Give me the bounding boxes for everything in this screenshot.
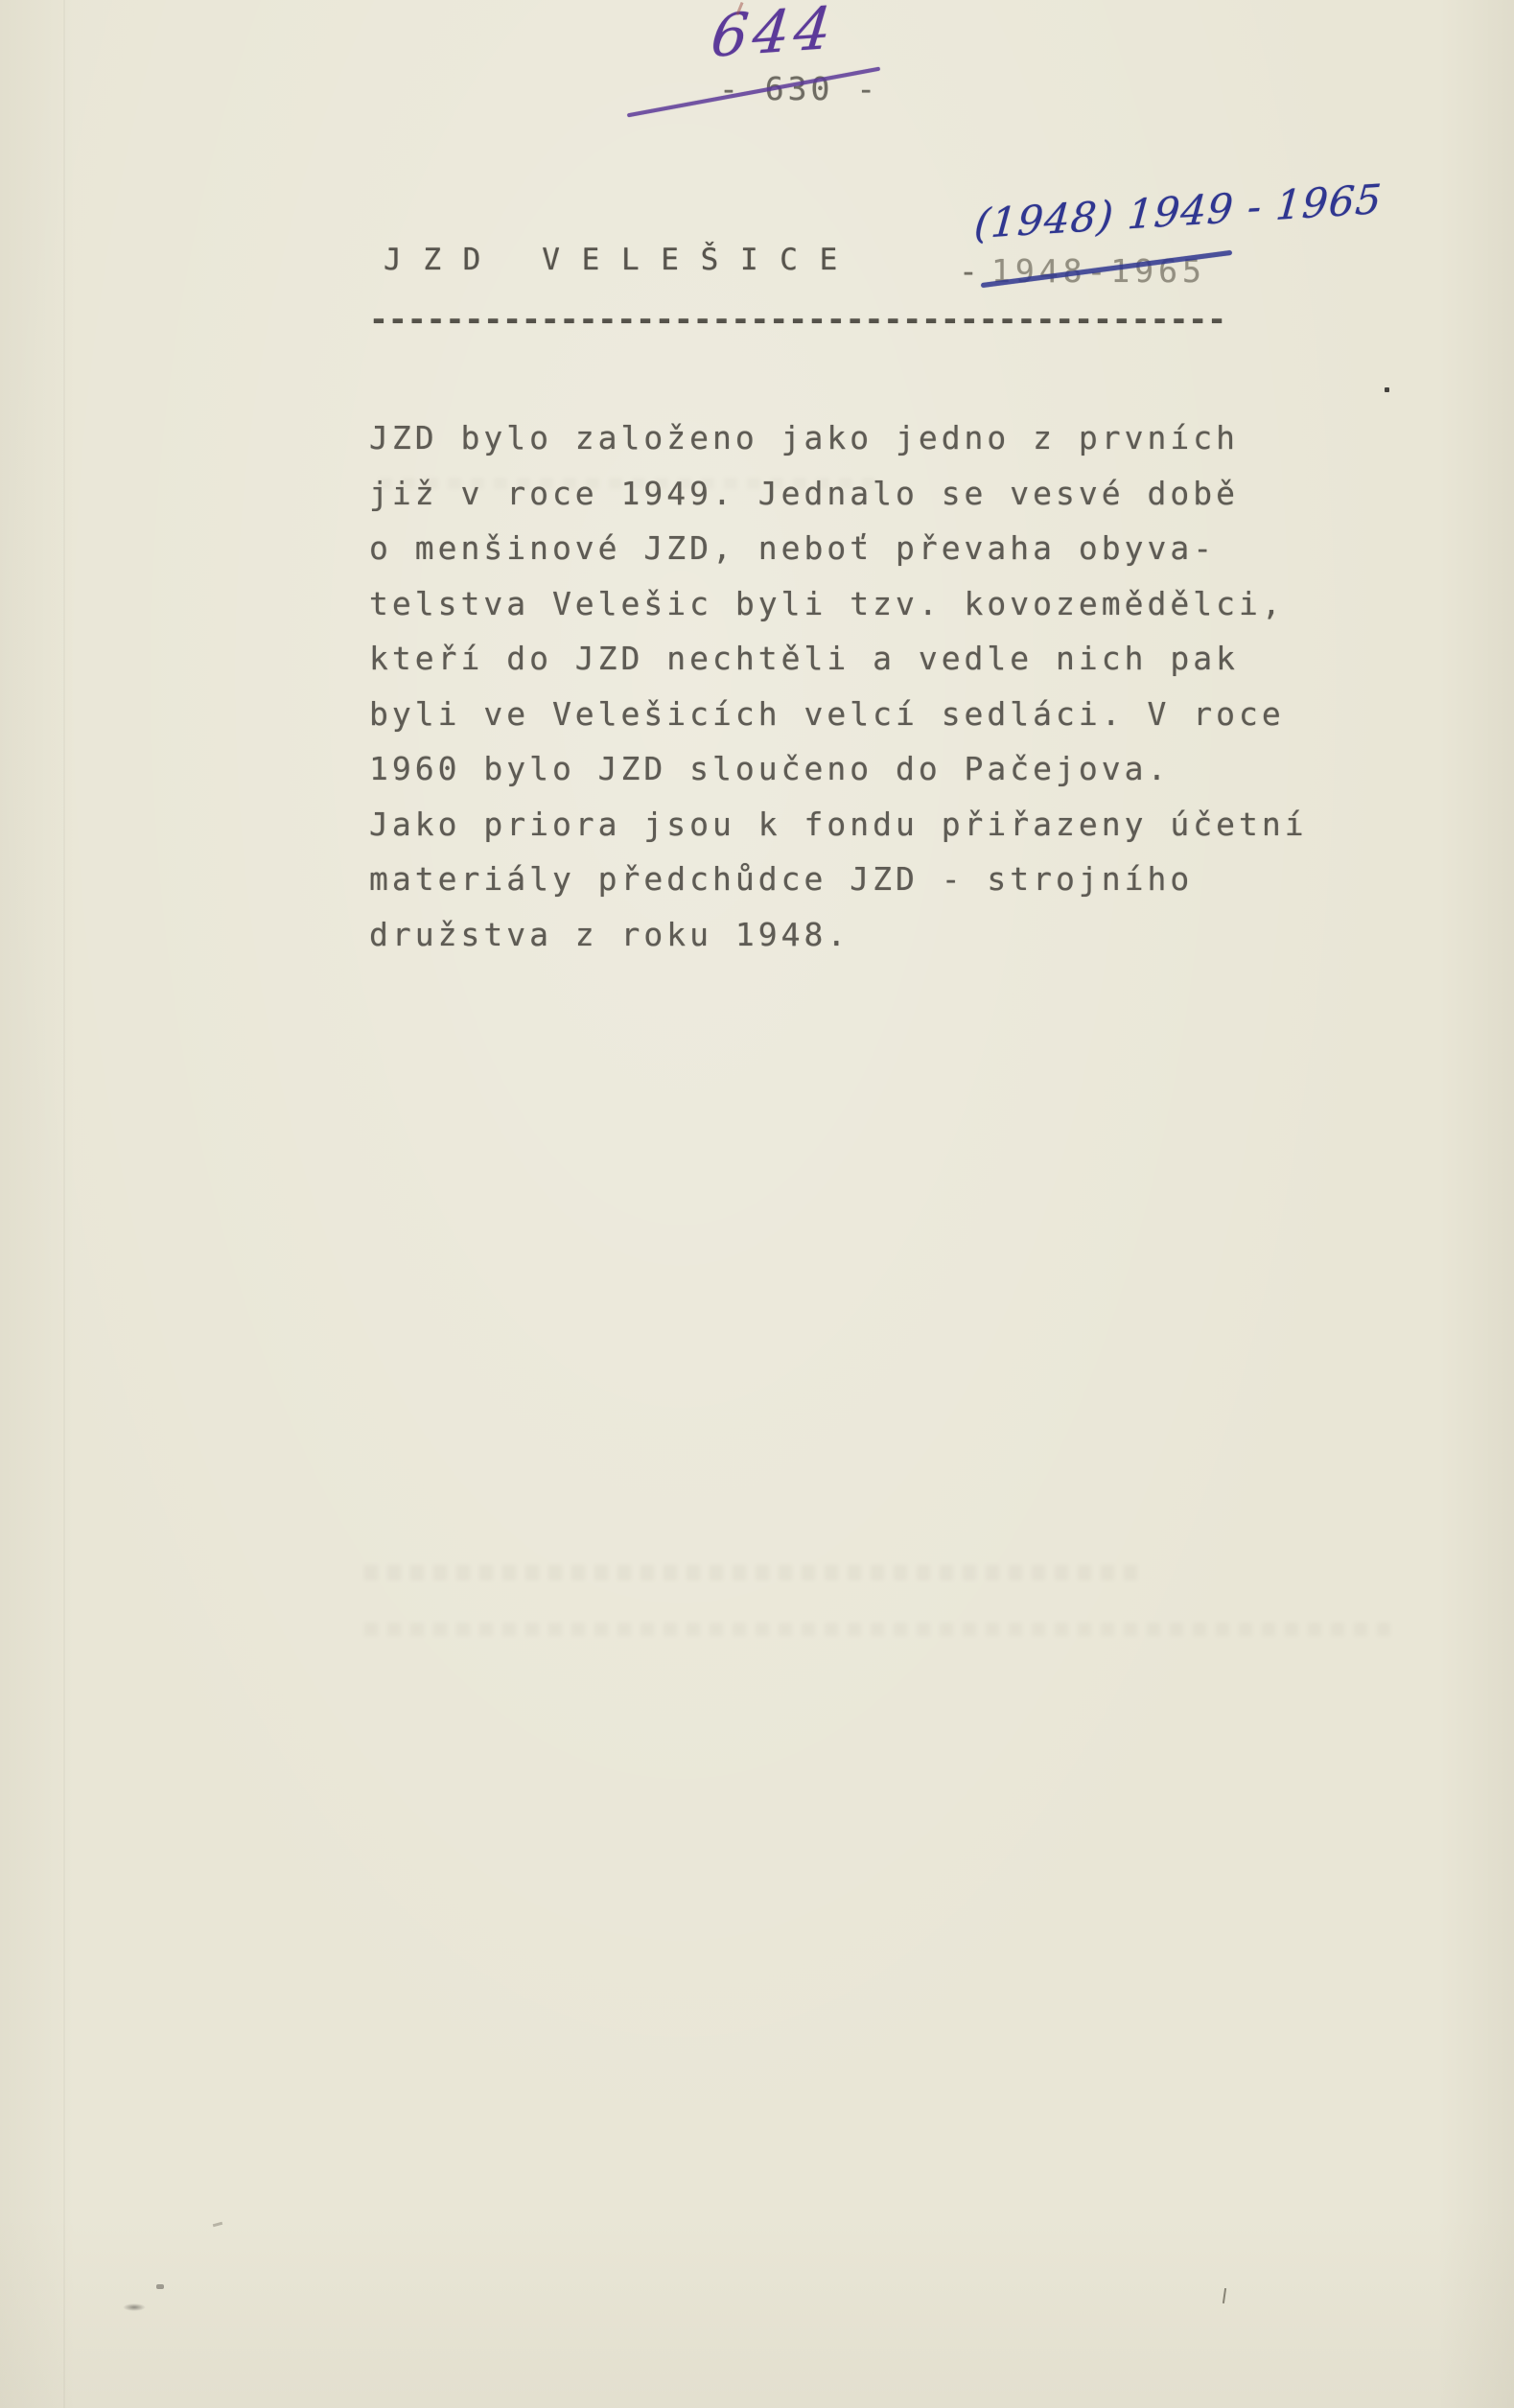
document-title: J Z D V E L E Š I C E	[384, 245, 839, 275]
title-typed-dash: -	[959, 255, 982, 287]
dashed-divider: ----------------------------------------…	[369, 303, 1226, 335]
paragraph-line: telstva Velešic byli tzv. kovozemědělci,	[369, 588, 1338, 643]
ghost-impression	[364, 1565, 1141, 1580]
paragraph-line: materiály předchůdce JZD - strojního	[369, 863, 1338, 919]
stray-period-mark	[1385, 387, 1389, 392]
paragraph-line: JZD bylo založeno jako jedno z prvních	[369, 422, 1338, 478]
paragraph-line: kteří do JZD nechtěli a vedle nich pak	[369, 643, 1338, 698]
paper-speck	[156, 2284, 164, 2289]
handwritten-page-number: 644	[709, 0, 839, 66]
typed-page-number: - 630 -	[719, 73, 879, 105]
paper-speck	[213, 2222, 222, 2227]
paragraph-line: 1960 bylo JZD sloučeno do Pačejova.	[369, 753, 1338, 808]
paragraph-line: Jako priora jsou k fondu přiřazeny účetn…	[369, 808, 1338, 864]
scanned-document-page: 644 - 630 - J Z D V E L E Š I C E - 1948…	[0, 0, 1514, 2408]
paragraph-line: byli ve Velešicích velcí sedláci. V roce	[369, 698, 1338, 754]
paper-crease	[63, 0, 65, 2408]
handwritten-years: (1948) 1949 - 1965	[973, 179, 1384, 245]
paper-speck	[123, 2303, 146, 2311]
paragraph-line: o menšinové JZD, neboť převaha obyva-	[369, 532, 1338, 588]
body-paragraph: JZD bylo založeno jako jedno z prvních j…	[369, 422, 1338, 973]
ghost-impression	[364, 1623, 1390, 1636]
ghost-impression	[379, 478, 877, 489]
paragraph-line: družstva z roku 1948.	[369, 919, 1338, 974]
paper-speck	[1223, 2288, 1226, 2303]
